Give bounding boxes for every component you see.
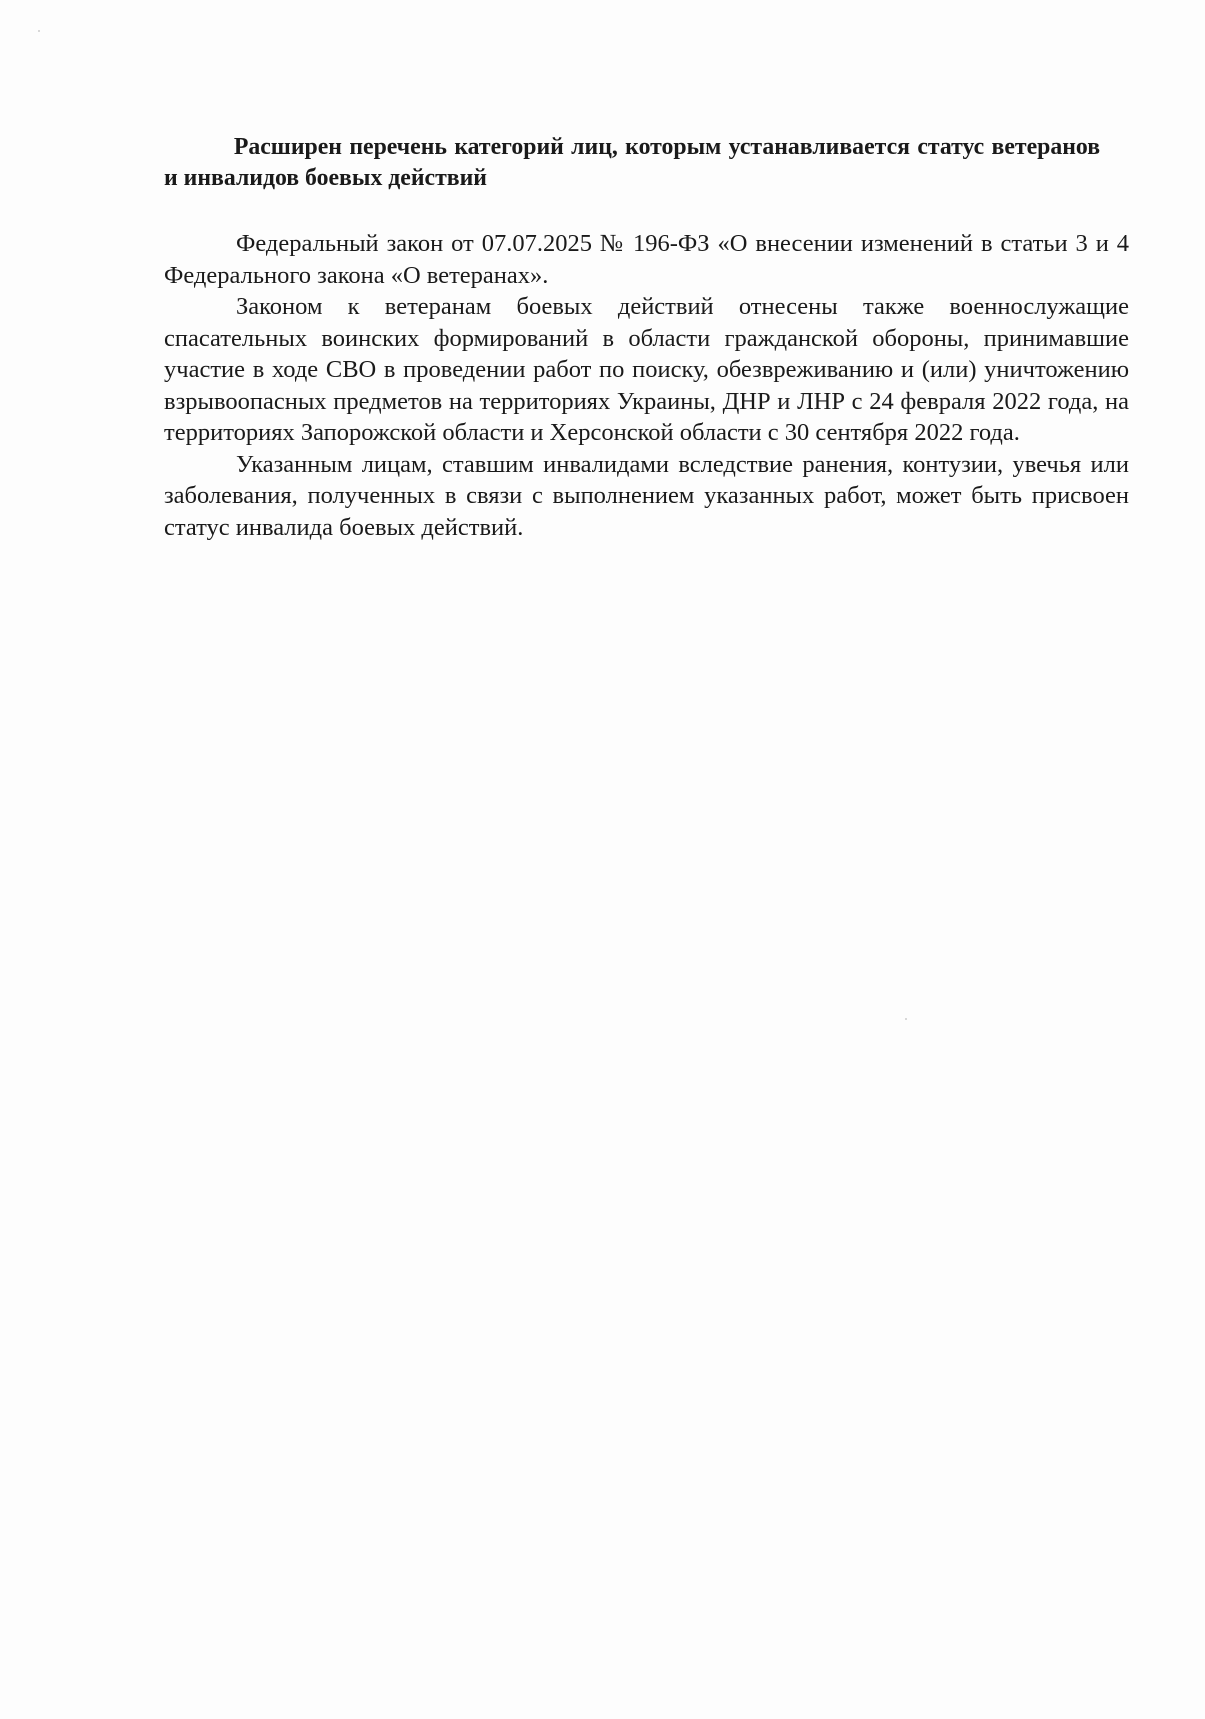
document-page: Расширен перечень категорий лиц, которым… [164, 131, 1129, 543]
document-body: Федеральный закон от 07.07.2025 № 196-ФЗ… [164, 228, 1129, 543]
document-title: Расширен перечень категорий лиц, которым… [164, 131, 1100, 193]
paragraph-disability-status: Указанным лицам, ставшим инвалидами всле… [164, 449, 1129, 544]
paragraph-law-reference: Федеральный закон от 07.07.2025 № 196-ФЗ… [164, 228, 1129, 291]
scan-speck [905, 1018, 907, 1020]
paragraph-veterans-categories: Законом к ветеранам боевых действий отне… [164, 291, 1129, 449]
scan-speck [38, 30, 40, 32]
